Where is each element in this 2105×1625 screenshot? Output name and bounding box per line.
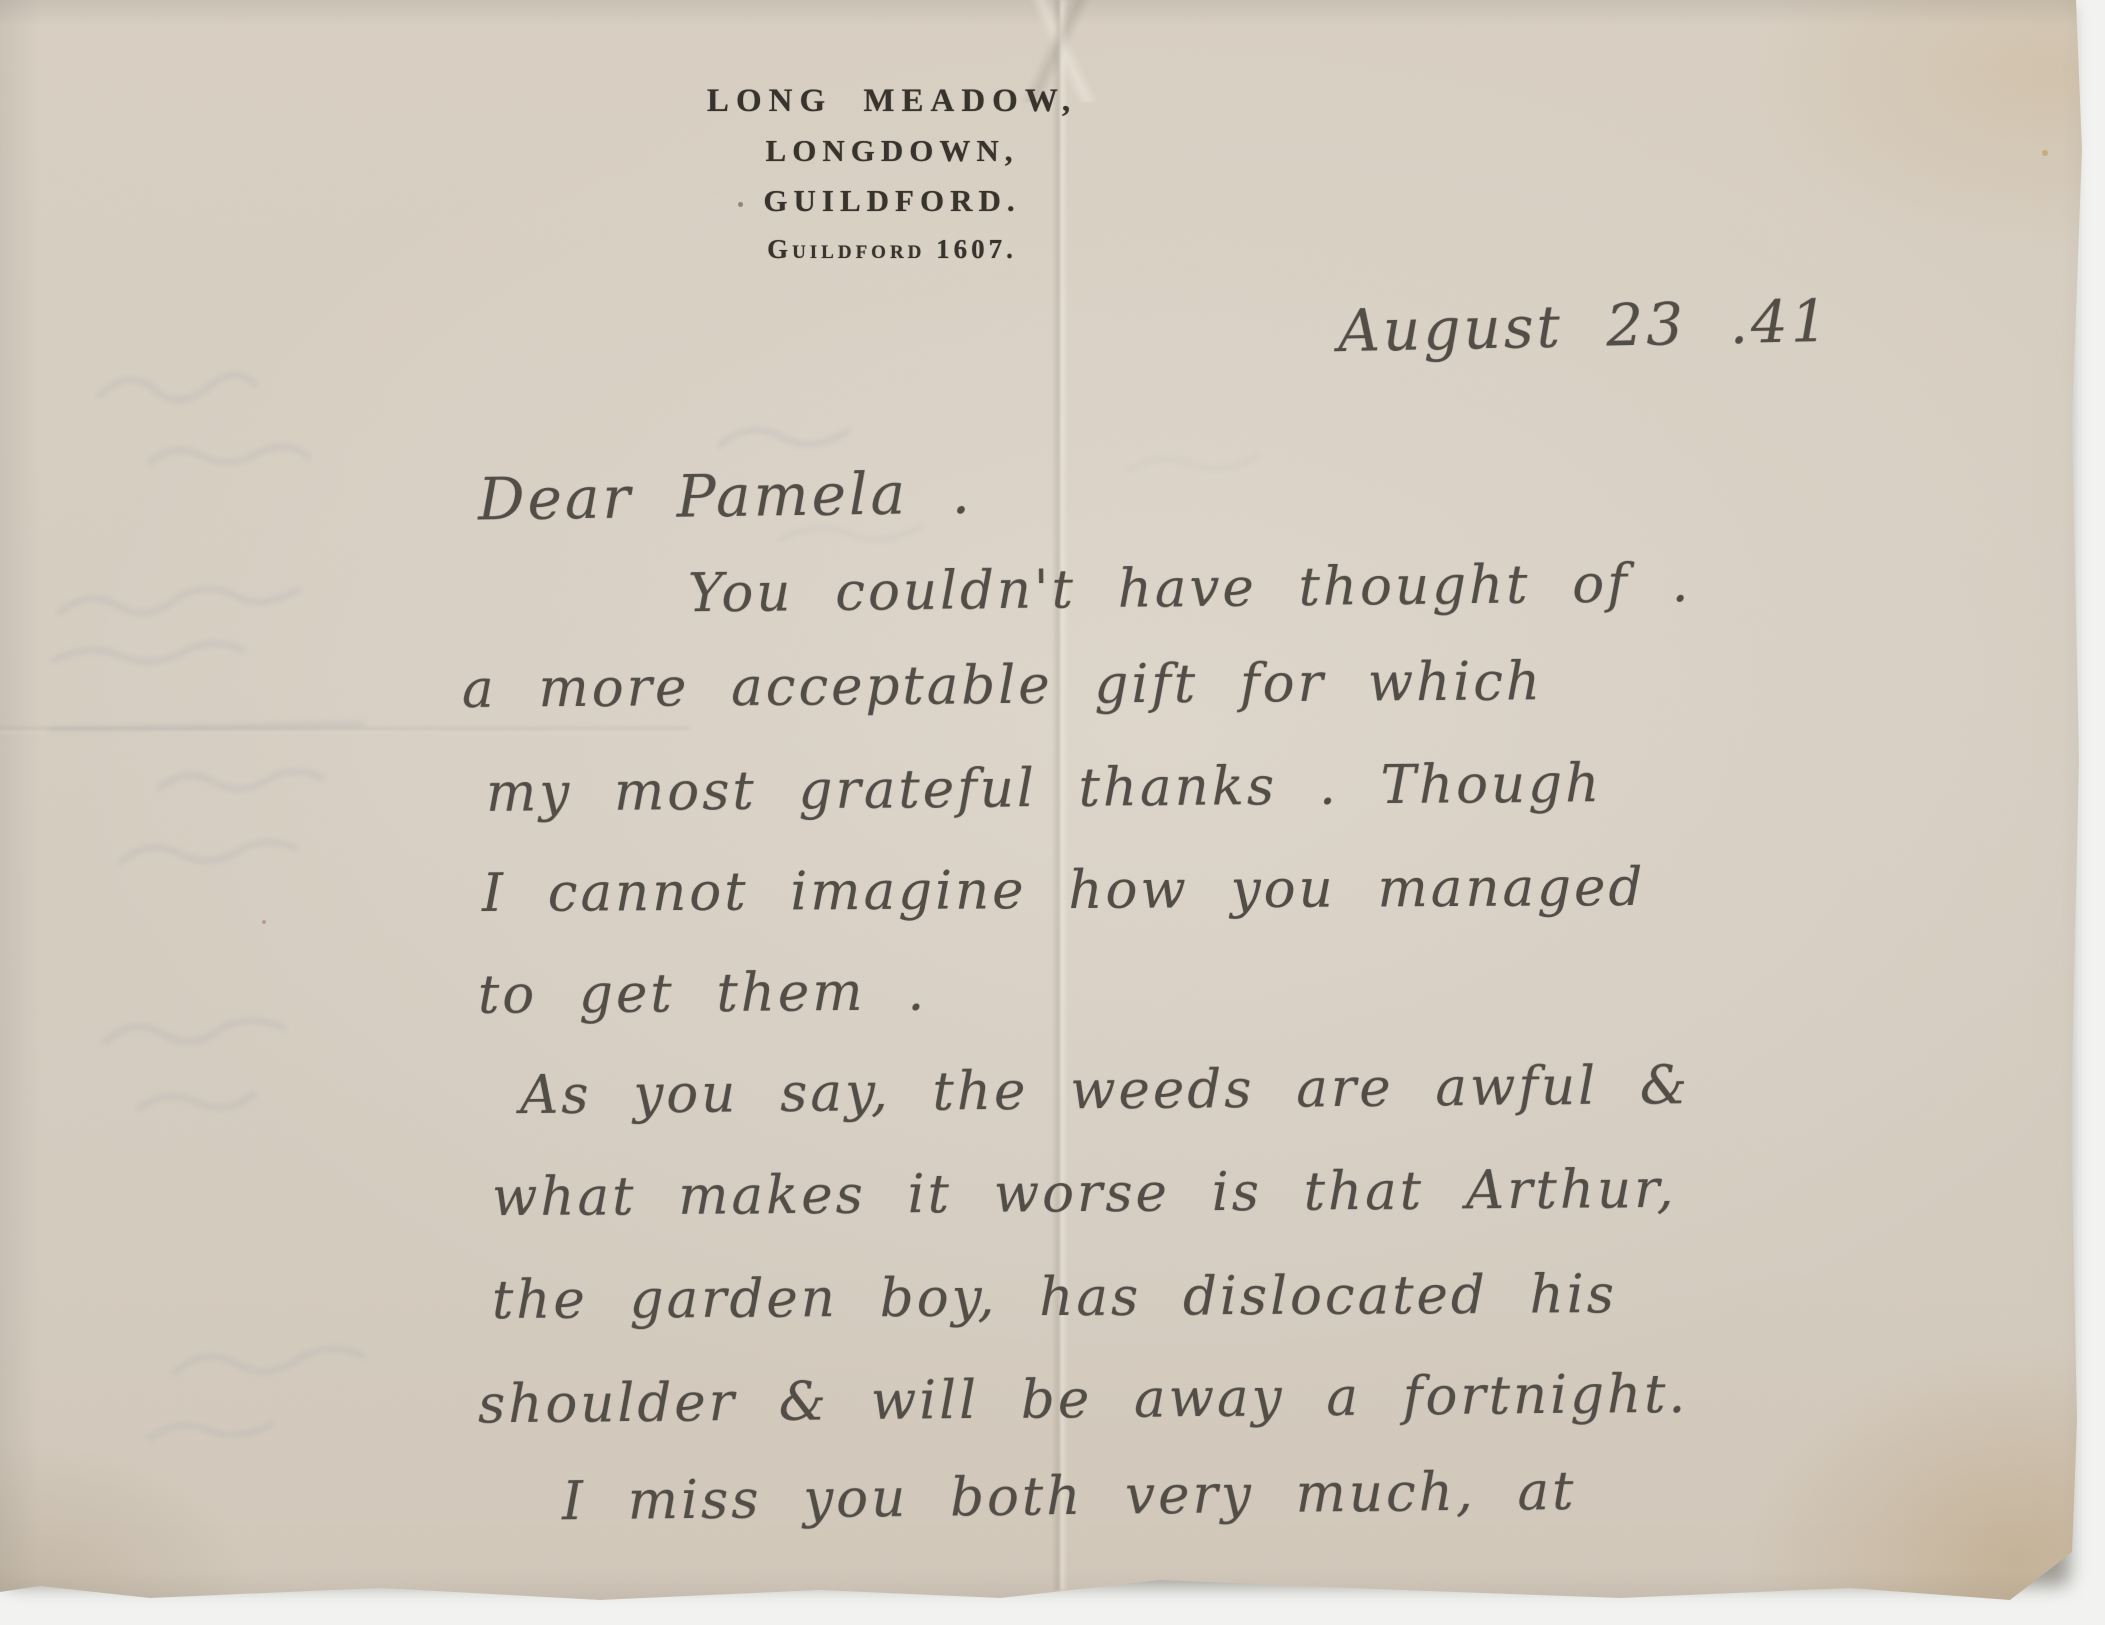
handwritten-body-line: the garden boy, has dislocated his (492, 1264, 1617, 1331)
letter-paper: LONG MEADOW, LONGDOWN, GUILDFORD. Guildf… (0, 0, 2105, 1625)
handwritten-body-line: You couldn't have thought of . (688, 553, 1692, 625)
handwritten-body-line: shoulder & will be away a fortnight. (478, 1364, 1689, 1436)
handwritten-date: August 23 .41 (1337, 287, 1831, 365)
handwritten-body-line: what makes it worse is that Arthur, (492, 1159, 1677, 1228)
letterhead-telephone: Guildford 1607. (707, 226, 1077, 272)
handwritten-body-line: I miss you both very much, at (562, 1461, 1577, 1533)
handwritten-body-line: a more acceptable gift for which (462, 651, 1543, 720)
letterhead-address-line1: LONG MEADOW, (707, 76, 1077, 126)
horizontal-fold-crease (0, 726, 690, 734)
letterhead-address-line2: LONGDOWN, (707, 126, 1077, 176)
handwritten-body-line: As you say, the weeds are awful & (520, 1055, 1691, 1126)
handwritten-body-line: to get them . (478, 961, 928, 1025)
handwritten-salutation: Dear Pamela . (478, 459, 974, 534)
letterhead-block: LONG MEADOW, LONGDOWN, GUILDFORD. Guildf… (707, 76, 1077, 272)
paper-speck (262, 920, 266, 924)
handwritten-body-line: my most grateful thanks . Though (486, 753, 1603, 824)
letterhead-address-line3: GUILDFORD. (707, 176, 1077, 226)
scanned-letter-page: { "letterhead": { "address_line1": "LONG… (0, 0, 2105, 1625)
paper-speck (2042, 150, 2048, 156)
handwritten-body-line: I cannot imagine how you managed (482, 857, 1646, 924)
